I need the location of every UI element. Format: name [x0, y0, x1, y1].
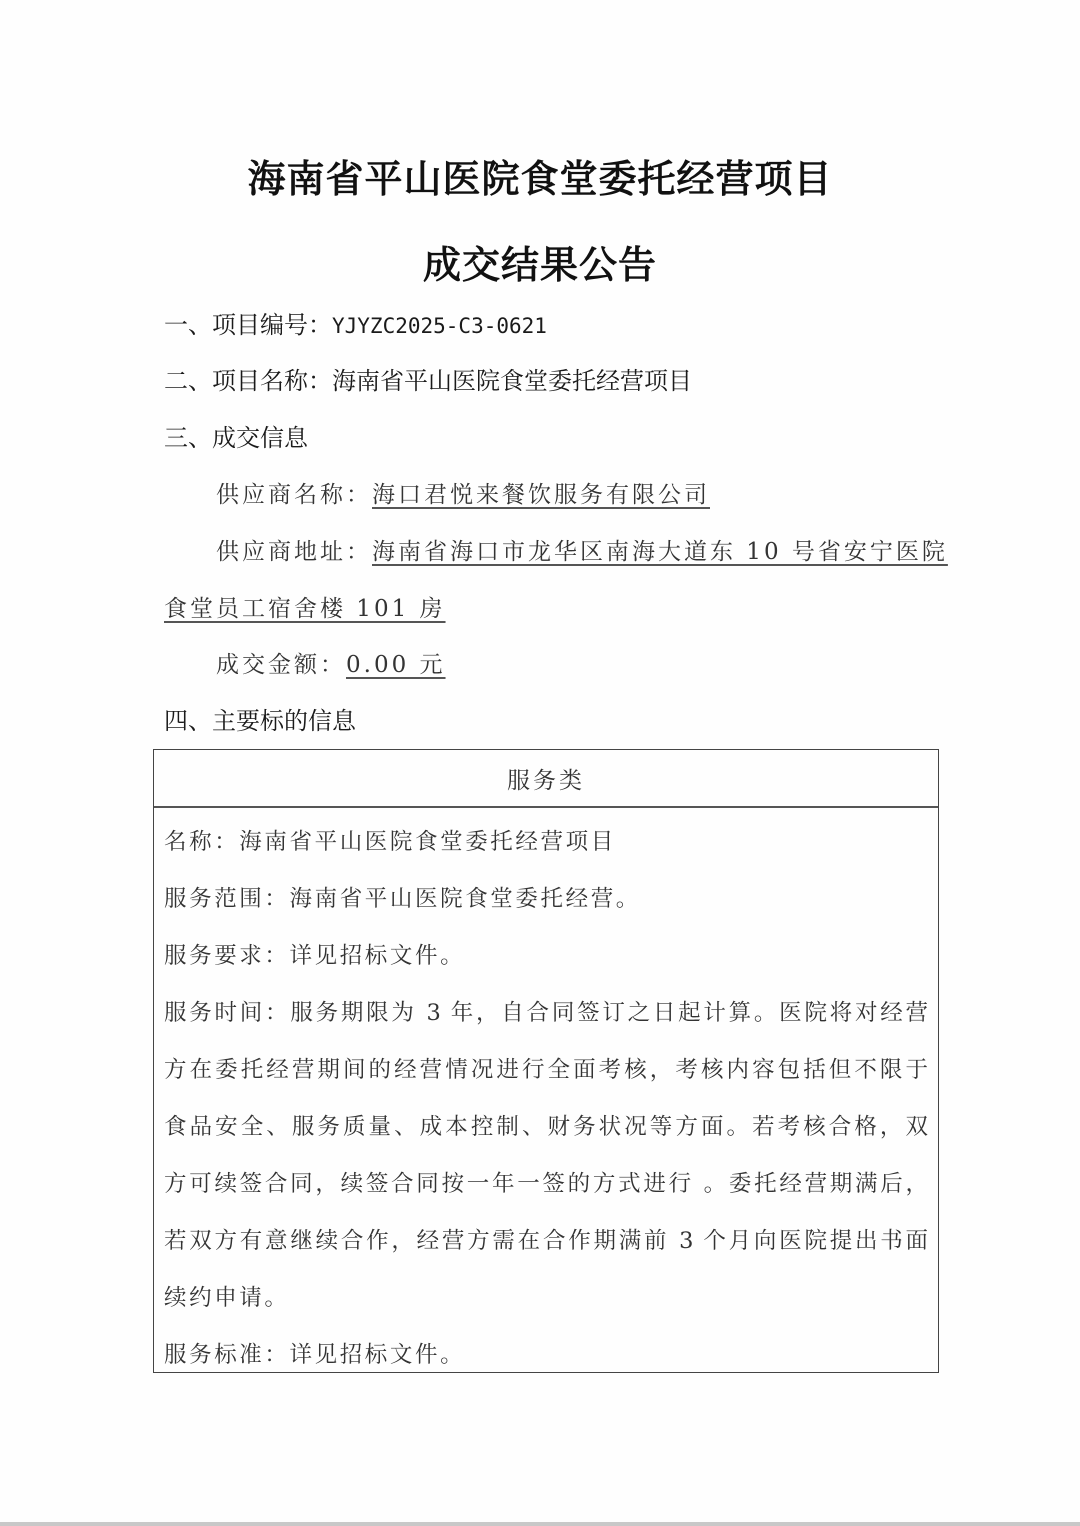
deal-amount-label: 成交金额：	[216, 652, 346, 678]
project-name-label: 二、项目名称：	[164, 367, 332, 395]
document-page: 海南省平山医院食堂委托经营项目 成交结果公告 一、项目编号：YJYZC2025-…	[0, 0, 1080, 1522]
table-line-service-time-5: 若双方有意继续合作，经营方需在合作期满前 3 个月向医院提出书面	[164, 1213, 928, 1270]
deal-amount-value: 0.00 元	[346, 652, 446, 678]
supplier-address-value-line2: 食堂员工宿舍楼 101 房	[164, 596, 446, 622]
document-subtitle: 成交结果公告	[0, 234, 1080, 289]
document-title: 海南省平山医院食堂委托经营项目	[0, 148, 1080, 203]
supplier-name-label: 供应商名称：	[216, 482, 372, 508]
project-number-label: 一、项目编号：	[164, 311, 332, 339]
project-number-row: 一、项目编号：YJYZC2025-C3-0621	[164, 310, 547, 341]
project-number-value: YJYZC2025-C3-0621	[332, 314, 547, 338]
main-subject-table: 服务类 名称：海南省平山医院食堂委托经营项目 服务范围：海南省平山医院食堂委托经…	[153, 749, 939, 1373]
table-line-scope: 服务范围：海南省平山医院食堂委托经营。	[164, 871, 928, 928]
supplier-address-value-line1: 海南省海口市龙华区南海大道东 10 号省安宁医院	[372, 539, 948, 565]
table-line-standards: 服务标准：详见招标文件。	[164, 1327, 928, 1384]
table-header-service-type: 服务类	[154, 750, 938, 808]
supplier-address-row: 供应商地址：海南省海口市龙华区南海大道东 10 号省安宁医院	[216, 537, 948, 567]
table-line-requirements: 服务要求：详见招标文件。	[164, 928, 928, 985]
supplier-address-label: 供应商地址：	[216, 539, 372, 565]
table-body: 名称：海南省平山医院食堂委托经营项目 服务范围：海南省平山医院食堂委托经营。 服…	[154, 808, 938, 1384]
deal-info-heading: 三、成交信息	[164, 423, 308, 453]
table-line-name: 名称：海南省平山医院食堂委托经营项目	[164, 814, 928, 871]
table-line-service-time-3: 食品安全、服务质量、成本控制、财务状况等方面。若考核合格，双	[164, 1099, 928, 1156]
deal-amount-row: 成交金额：0.00 元	[216, 650, 446, 680]
table-line-service-time-6: 续约申请。	[164, 1270, 928, 1327]
supplier-name-row: 供应商名称：海口君悦来餐饮服务有限公司	[216, 480, 710, 510]
project-name-value: 海南省平山医院食堂委托经营项目	[332, 367, 692, 395]
supplier-name-value: 海口君悦来餐饮服务有限公司	[372, 482, 710, 508]
project-name-row: 二、项目名称：海南省平山医院食堂委托经营项目	[164, 366, 692, 396]
table-line-service-time-4: 方可续签合同，续签合同按一年一签的方式进行 。委托经营期满后，	[164, 1156, 928, 1213]
supplier-address-continuation: 食堂员工宿舍楼 101 房	[164, 594, 446, 624]
table-line-service-time-2: 方在委托经营期间的经营情况进行全面考核，考核内容包括但不限于	[164, 1042, 928, 1099]
page-bottom-edge	[0, 1522, 1080, 1526]
main-subject-heading: 四、主要标的信息	[164, 706, 356, 736]
table-line-service-time-1: 服务时间：服务期限为 3 年，自合同签订之日起计算。医院将对经营	[164, 985, 928, 1042]
